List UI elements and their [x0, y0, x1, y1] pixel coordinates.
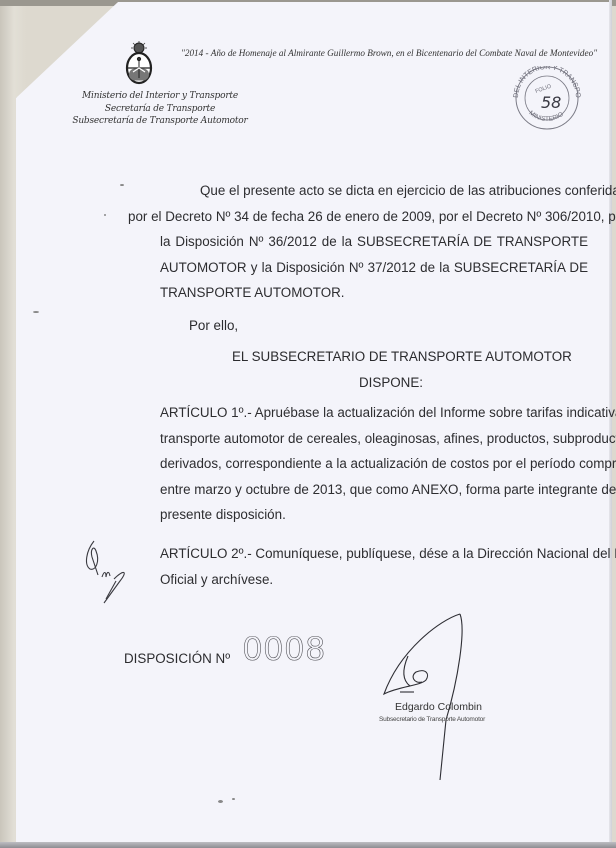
considerando-line: AUTOMOTOR y la Disposición Nº 37/2012 de…: [160, 255, 588, 281]
coat-of-arms-icon: [121, 40, 157, 86]
scan-speck: [120, 184, 124, 186]
considerando-line: Que el presente acto se dicta en ejercic…: [160, 178, 588, 204]
considerando-line: por el Decreto Nº 34 de fecha 26 de ener…: [128, 204, 588, 230]
letterhead-subsecretariat: Subsecretaría de Transporte Automotor: [50, 115, 270, 128]
letterhead: Ministerio del Interior y Transporte Sec…: [50, 90, 270, 128]
article-2: ARTÍCULO 2º.- Comuníquese, publíquese, d…: [160, 541, 588, 592]
por-ello-text: Por ello,: [189, 318, 238, 333]
dispone-heading: DISPONE:: [359, 375, 423, 390]
document-content: "2014 - Año de Homenaje al Almirante Gui…: [0, 0, 616, 848]
scan-speck: [104, 214, 106, 216]
scan-speck: [33, 311, 39, 313]
article-1-line: transporte automotor de cereales, oleagi…: [160, 426, 588, 452]
issuing-authority: EL SUBSECRETARIO DE TRANSPORTE AUTOMOTOR: [232, 349, 572, 364]
disposicion-label: DISPOSICIÓN Nº: [124, 651, 230, 666]
handwritten-initials-icon: [80, 535, 135, 605]
considerando-line: la Disposición Nº 36/2012 de la SUBSECRE…: [160, 229, 588, 255]
disposicion-number: 0008: [243, 630, 327, 669]
year-motto: "2014 - Año de Homenaje al Almirante Gui…: [181, 48, 611, 58]
signer-name: Edgardo Colombin: [395, 701, 482, 713]
article-2-line: Oficial y archívese.: [160, 567, 588, 593]
article-1-line: presente disposición.: [160, 502, 588, 528]
article-1: ARTÍCULO 1º.- Apruébase la actualización…: [160, 400, 588, 528]
scan-speck: [232, 798, 235, 800]
article-2-line: ARTÍCULO 2º.- Comuníquese, publíquese, d…: [160, 541, 588, 567]
folio-stamp: DEL INTERIOR Y TRANSPORTE MINISTERIO FOL…: [508, 66, 586, 130]
article-1-line: derivados, correspondiente a la actualiz…: [160, 451, 588, 477]
considerando-paragraph: Que el presente acto se dicta en ejercic…: [160, 178, 588, 306]
article-1-line: ARTÍCULO 1º.- Apruébase la actualización…: [160, 400, 588, 426]
signer-title: Subsecretario de Transporte Automotor: [379, 716, 485, 723]
stamp-folio-number: 58: [541, 93, 561, 112]
scan-speck: [218, 800, 223, 803]
letterhead-ministry: Ministerio del Interior y Transporte: [50, 90, 270, 103]
article-1-line: entre marzo y octubre de 2013, que como …: [160, 477, 588, 503]
signature-icon: [380, 610, 470, 780]
considerando-line: TRANSPORTE AUTOMOTOR.: [160, 280, 588, 306]
letterhead-secretariat: Secretaría de Transporte: [50, 103, 270, 116]
